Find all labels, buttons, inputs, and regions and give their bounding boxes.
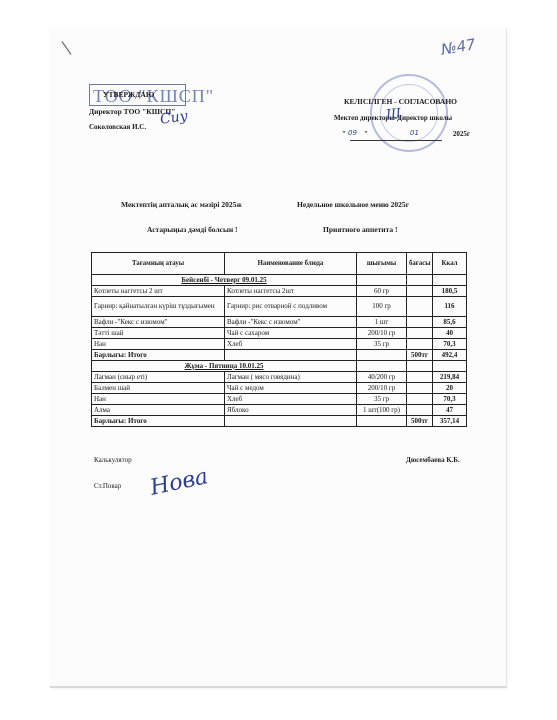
dish-kcal: 180,5	[433, 286, 467, 297]
dish-name-ru: Вафли -"Кекс с изюмом"	[225, 317, 357, 328]
total-label: Барлығы: Итого	[92, 416, 225, 427]
dish-name-ru: Котлеты наггетсы 2шт	[225, 286, 357, 297]
empty-cell	[357, 361, 407, 372]
dish-yield: 100 гр	[357, 297, 407, 317]
header-ru-name: Наименование блюда	[225, 253, 357, 275]
total-row: Барлығы: Итого500тг492,4	[92, 350, 467, 361]
empty-cell	[433, 361, 467, 372]
dish-kcal: 70,3	[433, 394, 467, 405]
day-header-row: Бейсенбі - Четверг 09.01.25	[92, 275, 467, 286]
dish-kcal: 40	[433, 328, 467, 339]
dish-price	[407, 394, 433, 405]
date-day: 09	[348, 129, 357, 137]
header-kcal: Ккал	[433, 253, 467, 275]
dish-price	[407, 328, 433, 339]
dish-name-kz: Вафли -"Кекс с изюмом"	[92, 317, 225, 328]
total-row: Барлығы: Итого500тг357,14	[92, 416, 467, 427]
date-year: 2025г	[453, 130, 470, 138]
dish-name-kz: Лагман (сиыр еті)	[92, 372, 225, 383]
total-kcal: 492,4	[433, 350, 467, 361]
date-open-quote: "	[342, 130, 346, 138]
header-yield: шығымы	[357, 253, 407, 275]
calculator-label: Калькулятор	[94, 456, 132, 464]
dish-name-ru: Гарнир: рис отварной с подливом	[225, 297, 357, 317]
dish-name-ru: Чай с медом	[225, 383, 357, 394]
dish-name-kz: Гарнир: қайнатылған күріш тұздығымен	[92, 297, 225, 317]
empty-cell	[407, 361, 433, 372]
agree-date: " 09 " 01 2025г	[342, 130, 470, 138]
dish-yield: 60 гр	[357, 286, 407, 297]
dish-kcal: 85,6	[433, 317, 467, 328]
empty-cell	[407, 275, 433, 286]
day-header-row: Жұма - Пятница 10.01.25	[92, 361, 467, 372]
dish-kcal: 20	[433, 383, 467, 394]
dish-price	[407, 383, 433, 394]
table-row: Лагман (сиыр еті)Лагман ( мясо говядина)…	[92, 372, 467, 383]
dish-kcal: 70,3	[433, 339, 467, 350]
empty-cell	[357, 350, 407, 361]
dish-name-ru: Хлеб	[225, 394, 357, 405]
total-price: 500тг	[407, 416, 433, 427]
agree-signature: Щ	[385, 106, 401, 122]
empty-cell	[433, 275, 467, 286]
table-row: Гарнир: қайнатылған күріш тұздығыменГарн…	[92, 297, 467, 317]
date-underline	[350, 140, 442, 141]
total-kcal: 357,14	[433, 416, 467, 427]
agree-title: КЕЛІСІЛГЕН - СОГЛАСОВАНО	[344, 97, 457, 106]
dish-name-kz: Тәтті шай	[92, 328, 225, 339]
dish-price	[407, 317, 433, 328]
dish-yield: 35 гр	[357, 339, 407, 350]
approve-label: УТВЕРЖДАЮ	[103, 90, 154, 99]
table-row: Вафли -"Кекс с изюмом"Вафли -"Кекс с изю…	[92, 317, 467, 328]
dish-price	[407, 405, 433, 416]
dish-price	[407, 297, 433, 317]
table-header-row: Тағамның атауы Наименование блюда шығымы…	[92, 253, 467, 275]
table-row: Тәтті шайЧай с сахаром200/10 гр40	[92, 328, 467, 339]
title-kz-menu: Мектептің апталық ас мәзірі 2025ж	[121, 200, 242, 209]
table-row: НанХлеб35 гр70,3	[92, 339, 467, 350]
date-month: 01	[410, 129, 419, 137]
total-price: 500тг	[407, 350, 433, 361]
dish-name-kz: Балмен шай	[92, 383, 225, 394]
dish-name-kz: Котлеты наггетсы 2 шт	[92, 286, 225, 297]
dish-yield: 40/200 гр	[357, 372, 407, 383]
approve-name: Соколовская И.С.	[89, 123, 146, 131]
day-title: Жұма - Пятница 10.01.25	[92, 361, 357, 372]
title-kz-wish: Астарыңыз дәмді болсын !	[147, 225, 238, 234]
empty-cell	[225, 350, 357, 361]
table-row: НанХлеб35 гр70,3	[92, 394, 467, 405]
dish-name-kz: Нан	[92, 394, 225, 405]
dish-kcal: 219,84	[433, 372, 467, 383]
empty-cell	[357, 275, 407, 286]
header-kz-name: Тағамның атауы	[92, 253, 225, 275]
table-row: Котлеты наггетсы 2 штКотлеты наггетсы 2ш…	[92, 286, 467, 297]
dish-kcal: 47	[433, 405, 467, 416]
dish-price	[407, 339, 433, 350]
calculator-name: Дюсембаева К.Б.	[406, 456, 460, 464]
title-ru-menu: Недельное школьное меню 2025г	[297, 200, 409, 209]
dish-price	[407, 286, 433, 297]
dish-yield: 35 гр	[357, 394, 407, 405]
total-label: Барлығы: Итого	[92, 350, 225, 361]
dish-yield: 200/10 гр	[357, 383, 407, 394]
dish-yield: 200/10 гр	[357, 328, 407, 339]
dish-price	[407, 372, 433, 383]
dish-yield: 1 шт(100 гр)	[357, 405, 407, 416]
dish-name-ru: Яблоко	[225, 405, 357, 416]
chef-label: Ст.Повар	[94, 482, 121, 490]
day-title: Бейсенбі - Четверг 09.01.25	[92, 275, 357, 286]
dish-name-ru: Хлеб	[225, 339, 357, 350]
date-close-quote: "	[364, 130, 368, 138]
empty-cell	[357, 416, 407, 427]
table-row: Балмен шайЧай с медом200/10 гр20	[92, 383, 467, 394]
menu-table: Тағамның атауы Наименование блюда шығымы…	[91, 252, 467, 427]
dish-name-ru: Чай с сахаром	[225, 328, 357, 339]
title-ru-wish: Приятного аппетита !	[323, 225, 398, 234]
dish-kcal: 116	[433, 297, 467, 317]
dish-name-kz: Алма	[92, 405, 225, 416]
header-price: бағасы	[407, 253, 433, 275]
empty-cell	[225, 416, 357, 427]
dish-yield: 1 шт	[357, 317, 407, 328]
dish-name-ru: Лагман ( мясо говядина)	[225, 372, 357, 383]
dish-name-kz: Нан	[92, 339, 225, 350]
table-row: АлмаЯблоко1 шт(100 гр)47	[92, 405, 467, 416]
